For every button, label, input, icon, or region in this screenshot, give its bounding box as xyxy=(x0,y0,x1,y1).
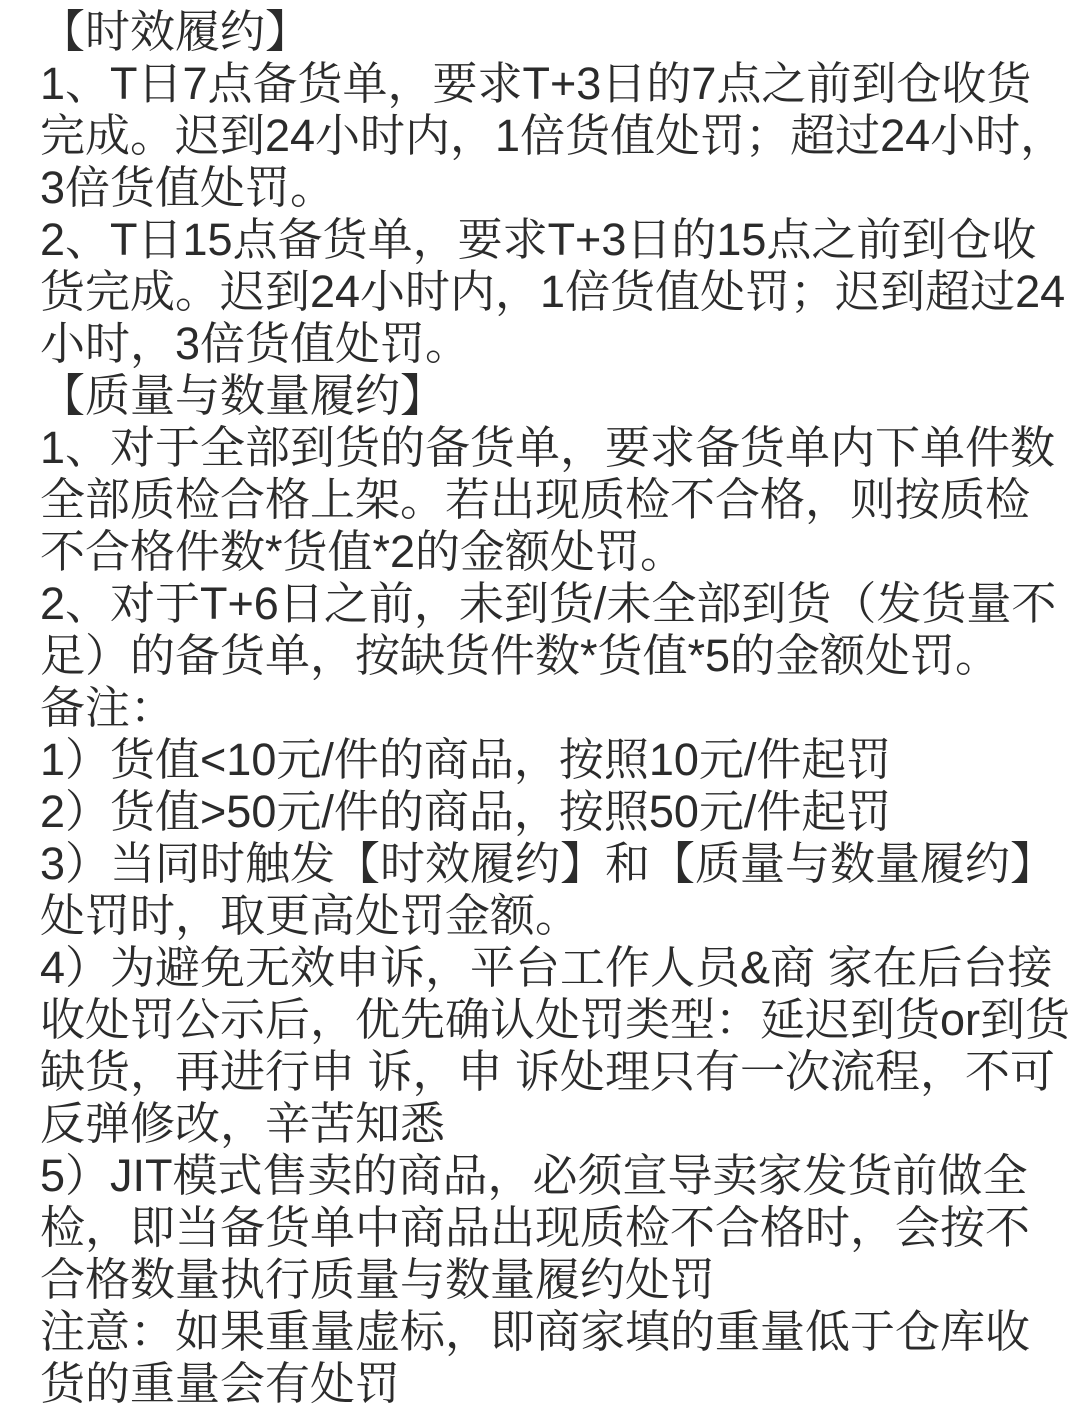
note-2: 2）货值>50元/件的商品，按照50元/件起罚 xyxy=(40,786,1072,838)
time-rule-2: 2、T日15点备货单，要求T+3日的15点之前到仓收货完成。迟到24小时内，1倍… xyxy=(40,214,1072,370)
section-heading-quality-quantity: 【质量与数量履约】 xyxy=(40,370,1072,422)
notes-label: 备注： xyxy=(40,682,1072,734)
quality-rule-2: 2、对于T+6日之前，未到货/未全部到货（发货量不足）的备货单，按缺货件数*货值… xyxy=(40,578,1072,682)
note-4: 4）为避免无效申诉，平台工作人员&商 家在后台接收处罚公示后，优先确认处罚类型：… xyxy=(40,942,1072,1150)
weight-warning: 注意：如果重量虚标，即商家填的重量低于仓库收货的重量会有处罚 xyxy=(40,1306,1072,1410)
fulfillment-rules-document: 【时效履约】 1、T日7点备货单，要求T+3日的7点之前到仓收货完成。迟到24小… xyxy=(0,0,1080,1420)
time-rule-1: 1、T日7点备货单，要求T+3日的7点之前到仓收货完成。迟到24小时内，1倍货值… xyxy=(40,58,1072,214)
section-heading-time-fulfillment: 【时效履约】 xyxy=(40,6,1072,58)
note-1: 1）货值<10元/件的商品，按照10元/件起罚 xyxy=(40,734,1072,786)
note-3: 3）当同时触发【时效履约】和【质量与数量履约】处罚时，取更高处罚金额。 xyxy=(40,838,1072,942)
quality-rule-1: 1、对于全部到货的备货单，要求备货单内下单件数全部质检合格上架。若出现质检不合格… xyxy=(40,422,1072,578)
note-5: 5）JIT模式售卖的商品，必须宣导卖家发货前做全检，即当备货单中商品出现质检不合… xyxy=(40,1150,1072,1306)
